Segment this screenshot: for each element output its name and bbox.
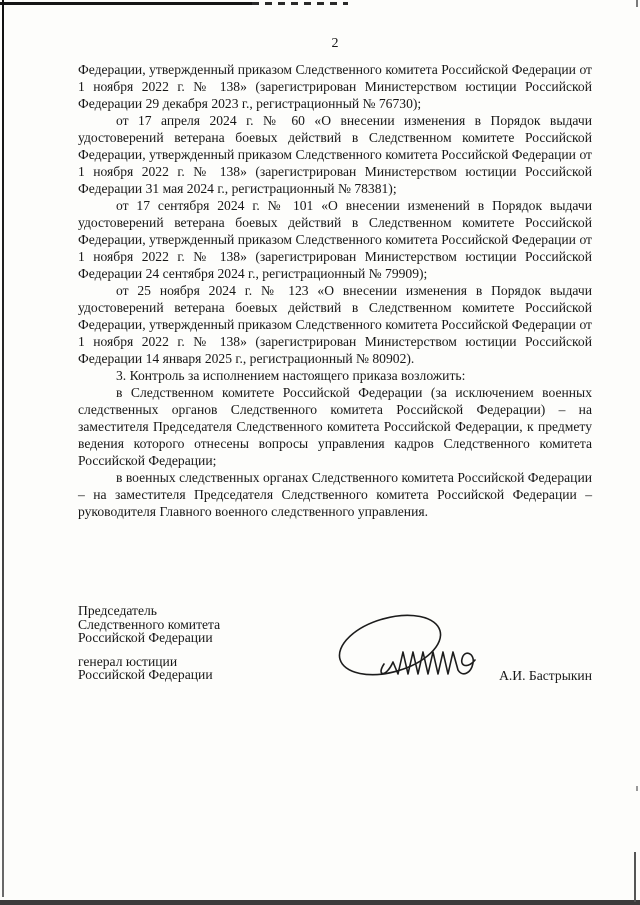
signer-position-line-1: Председатель <box>78 604 592 618</box>
page-number: 2 <box>78 36 592 52</box>
scan-border-top <box>0 2 252 5</box>
paragraph-registration-76730: Федерации, утвержденный приказом Следств… <box>78 61 592 112</box>
scanned-document-page: 2 Федерации, утвержденный приказом Следс… <box>0 0 640 905</box>
signer-name: А.И. Бастрыкин <box>499 668 592 684</box>
scan-artifact-right-dash <box>636 786 638 791</box>
paragraph-control-clause: 3. Контроль за исполнением настоящего пр… <box>78 367 592 384</box>
document-body: Федерации, утвержденный приказом Следств… <box>78 61 592 520</box>
scan-border-right <box>634 852 636 902</box>
signer-position-line-2: Следственного комитета <box>78 618 592 632</box>
scan-border-bottom <box>0 900 640 905</box>
paragraph-committee-responsibility: в Следственном комитете Российской Федер… <box>78 384 592 469</box>
scan-artifact-top-right-tick <box>636 0 638 7</box>
paragraph-military-responsibility: в военных следственных органах Следствен… <box>78 469 592 520</box>
scan-border-top-dashed <box>252 2 348 5</box>
scan-border-left <box>2 0 4 897</box>
signer-rank-line-1: генерал юстиции <box>78 655 592 669</box>
paragraph-order-123: от 25 ноября 2024 г. № 123 «О внесении и… <box>78 282 592 367</box>
signature-icon <box>336 604 496 686</box>
paragraph-order-60: от 17 апреля 2024 г. № 60 «О внесении из… <box>78 112 592 197</box>
signature-block: Председатель Следственного комитета Росс… <box>78 604 592 694</box>
signer-position-line-3: Российской Федерации <box>78 631 592 645</box>
paragraph-order-101: от 17 сентября 2024 г. № 101 «О внесении… <box>78 197 592 282</box>
